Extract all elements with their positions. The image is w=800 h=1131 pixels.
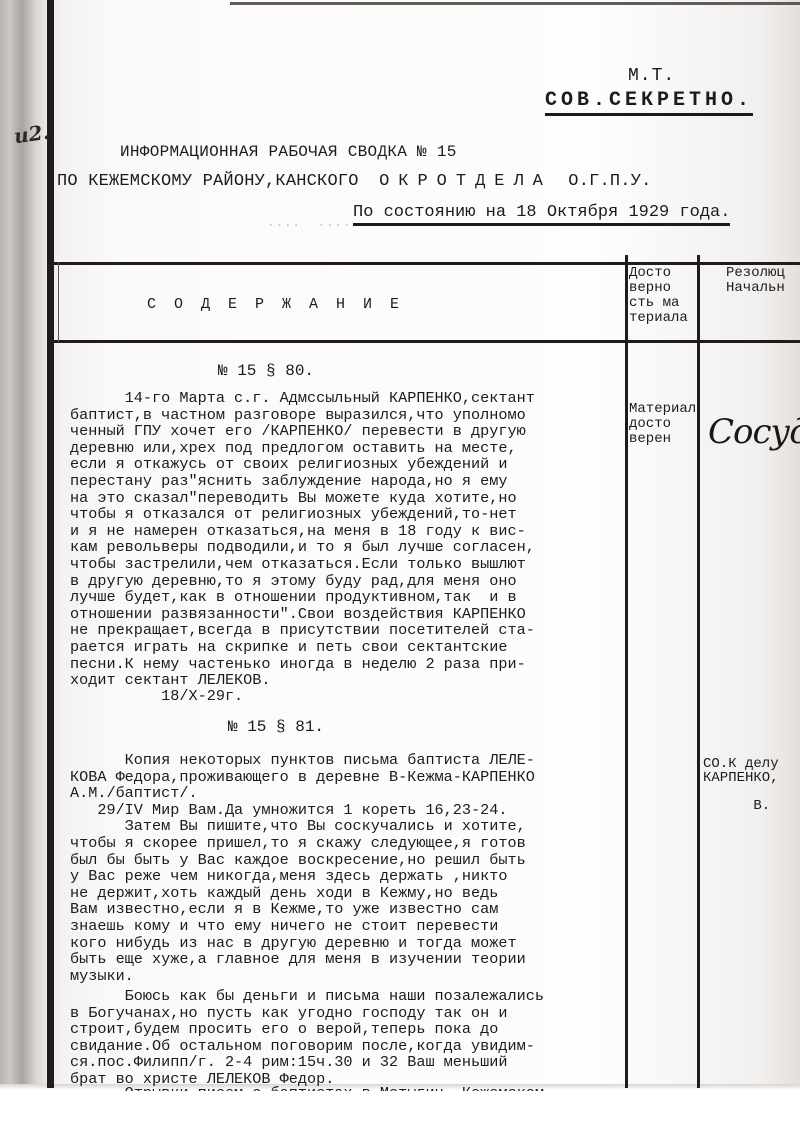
subtitle-prefix: ПО КЕЖЕМСКОМУ РАЙОНУ,КАНСКОГО (57, 172, 359, 191)
entry-paragraph: Копия некоторых пунктов письма баптиста … (70, 752, 630, 984)
entry-paragraph: 14-го Марта с.г. Адмссыльный КАРПЕНКО,се… (70, 390, 630, 689)
subtitle-department: ОКРОТДЕЛА (379, 172, 552, 191)
entry-paragraph-cut: Отрывки писем о баптистах в Мотыгин. Кеж… (70, 1085, 630, 1091)
entry-date: 18/Х-29г. (70, 688, 630, 705)
column-divider-resolution (697, 255, 700, 1088)
stamp-initials: М.Т. (628, 66, 675, 86)
entry-heading: № 15 § 80. (218, 362, 314, 380)
column-header-reliability: Досто верно сть ма териала (629, 266, 688, 326)
column-header-resolution: Резолюц Начальн (726, 266, 785, 296)
entry-heading: № 15 § 81. (228, 718, 324, 736)
subtitle-agency: О.Г.П.У. (568, 172, 651, 191)
handwritten-resolution: Сосуд (708, 412, 800, 452)
as-of-date: По состоянию на 18 Октября 1929 года. (353, 203, 730, 226)
entry-paragraph: Боюсь как бы деньги и письма наши позале… (70, 988, 630, 1088)
table-top-border (54, 262, 800, 265)
margin-note: и2. (13, 120, 51, 149)
top-rule (230, 2, 800, 5)
binding-edge (47, 0, 54, 1088)
entry-resolution: СО.К делу КАРПЕНКО, В. (703, 757, 779, 813)
table-header-border (54, 340, 800, 343)
report-title: ИНФОРМАЦИОННАЯ РАБОЧАЯ СВОДКА № 15 (120, 143, 457, 161)
report-subtitle: ПО КЕЖЕМСКОМУ РАЙОНУ,КАНСКОГО ОКРОТДЕЛА … (57, 172, 652, 191)
column-header-content: СОДЕРЖАНИЕ (147, 296, 417, 313)
table-left-border (58, 262, 59, 342)
entry-reliability: Материал досто верен (629, 402, 696, 447)
classification-label: СОВ.СЕКРЕТНО. (545, 89, 753, 116)
